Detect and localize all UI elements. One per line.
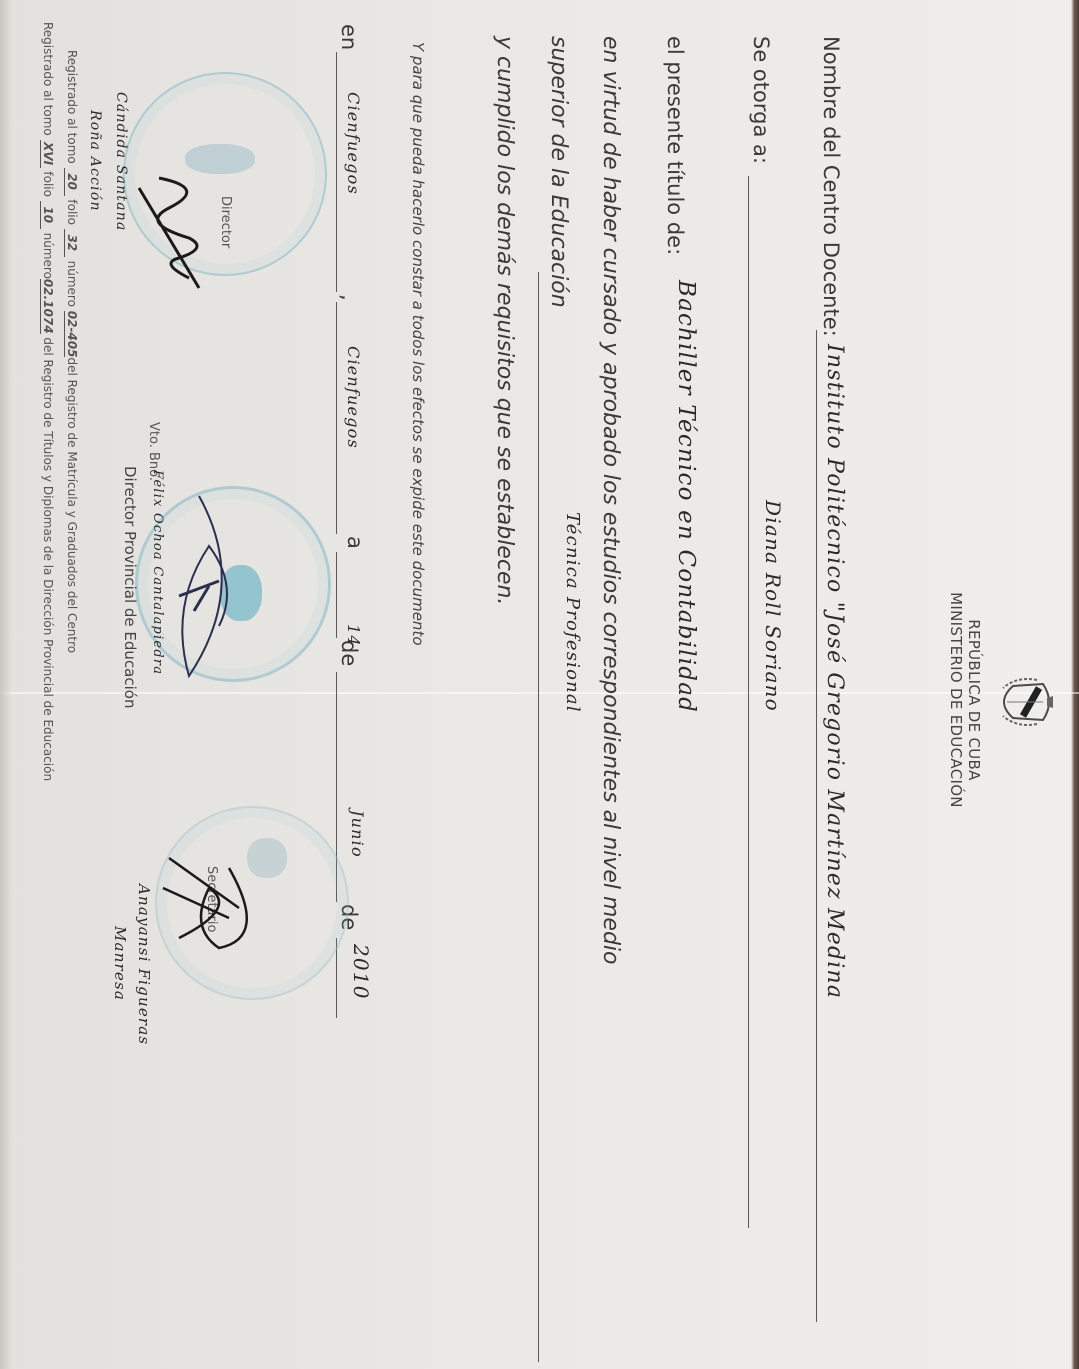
superior-text: superior de la Educación	[546, 36, 571, 308]
registry-2-folio-label: folio	[41, 171, 55, 197]
director-signature	[129, 168, 219, 298]
paper-bottom-edge	[0, 0, 12, 1369]
superior-line	[538, 272, 539, 1362]
en-label: en	[337, 24, 361, 50]
centro-value: Instituto Politécnico "José Gregorio Mar…	[822, 344, 847, 999]
titulo-value: Bachiller Técnico en Contabilidad	[673, 280, 699, 713]
secretario-signature	[159, 848, 259, 978]
secretario-name-1: Anayansi Figueras	[135, 884, 153, 1045]
director-title: Director	[218, 196, 233, 248]
diploma-sheet: REPÚBLICA DE CUBA MINISTERIO DE EDUCACIÓ…	[0, 0, 1079, 1369]
director-name-2: Roña Acción	[87, 110, 103, 212]
superior-value: Técnica Profesional	[562, 512, 583, 713]
registry-1-folio-label: folio	[65, 199, 79, 225]
place2-value: Cienfuegos	[344, 346, 363, 449]
provincial-title: Director Provincial de Educación	[121, 466, 139, 708]
header-country: REPÚBLICA DE CUBA	[965, 500, 983, 900]
registry-1-folio: 32	[64, 229, 79, 257]
otorga-line	[748, 176, 749, 1228]
centro-label: Nombre del Centro Docente:	[819, 36, 843, 337]
titulo-label: el presente título de:	[663, 36, 687, 255]
place1-line	[336, 52, 337, 292]
document-header: REPÚBLICA DE CUBA MINISTERIO DE EDUCACIÓ…	[947, 500, 983, 900]
scan-edge	[1071, 0, 1079, 1369]
place1-value: Cienfuegos	[344, 92, 363, 195]
registry-2-tomo: XVI	[40, 140, 55, 168]
de1-label: de	[337, 640, 361, 666]
registry-1-numero: 02-405	[64, 311, 79, 358]
registry-1-suffix: del Registro de Matrícula y Graduados de…	[65, 357, 79, 653]
paper-fold	[0, 692, 1079, 694]
year-value: 2010	[349, 944, 373, 1000]
registry-1-numero-label: número	[65, 261, 79, 307]
otorga-label: Se otorga a:	[749, 36, 773, 164]
registry-2-numero: 02.1074	[40, 279, 55, 334]
registry-2-prefix: Registrado al tomo	[41, 22, 55, 136]
a-label: a	[343, 536, 367, 549]
secretario-name-2: Manresa	[111, 926, 129, 1001]
registry-line-1: Registrado al tomo 20 folio 32 número 02…	[64, 50, 79, 653]
centro-line	[816, 330, 817, 1322]
registry-2-numero-label: número	[41, 233, 55, 279]
registry-1-prefix: Registrado al tomo	[65, 50, 79, 164]
provincial-signature	[149, 486, 269, 686]
day-line	[336, 552, 337, 638]
registry-2-suffix: del Registro de Títulos y Diplomas de la…	[41, 337, 55, 781]
place2-line	[336, 302, 337, 534]
virtud-text: en virtud de haber cursado y aprobado lo…	[598, 36, 623, 964]
registry-line-2: Registrado al tomo XVI folio 10 número02…	[40, 22, 55, 781]
registry-2-folio: 10	[40, 201, 55, 229]
cumplido-text: y cumplido los demás requisitos que se e…	[492, 36, 517, 605]
header-ministry: MINISTERIO DE EDUCACIÓN	[947, 500, 965, 900]
director-name-1: Cándida Santana	[113, 92, 129, 232]
comma: ,	[337, 294, 361, 301]
coat-of-arms-icon	[991, 674, 1057, 730]
provincial-name: Félix Ochoa Cantalapiedra	[150, 470, 165, 675]
expedition-intro: Y para que pueda hacerlo constar a todos…	[409, 42, 427, 646]
registry-1-tomo: 20	[64, 168, 79, 196]
recipient-name: Diana Roll Soriano	[761, 500, 785, 712]
month-value: Junio	[348, 810, 367, 858]
